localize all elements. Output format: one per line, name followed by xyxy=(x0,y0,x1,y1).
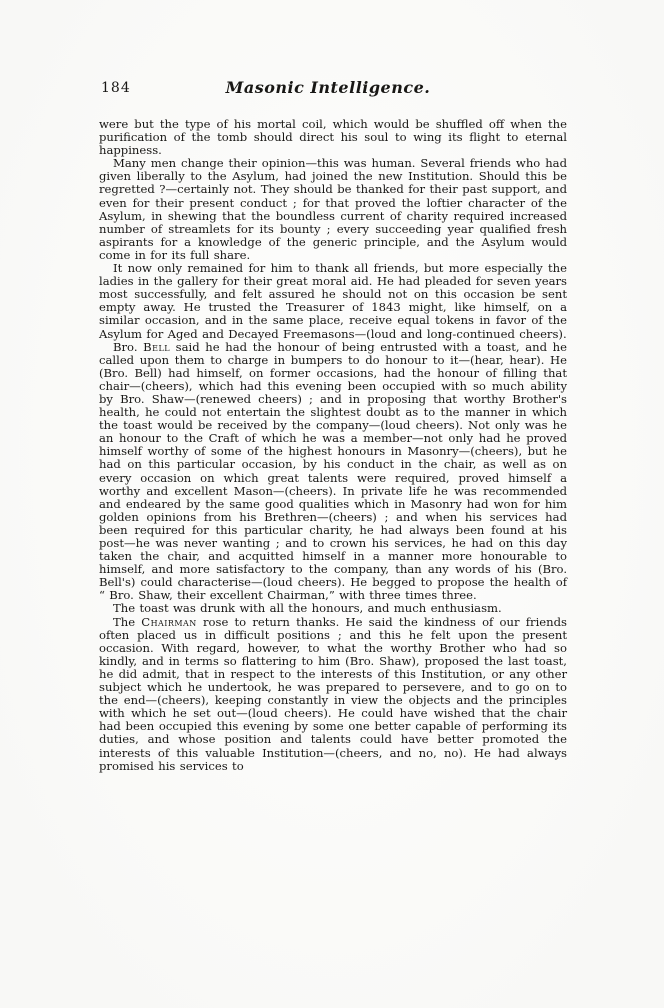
running-head: 184 Masonic Intelligence. xyxy=(99,78,567,102)
paragraph-text: It now only remained for him to thank al… xyxy=(99,261,567,340)
paragraph: were but the type of his mortal coil, wh… xyxy=(99,118,567,157)
paragraph: Many men change their opinion—this was h… xyxy=(99,157,567,262)
paragraph-text: The xyxy=(113,615,141,629)
running-title: Masonic Intelligence. xyxy=(99,78,557,97)
text-block: 184 Masonic Intelligence. were but the t… xyxy=(99,78,567,773)
small-caps-name: Bell xyxy=(143,340,170,354)
paragraph-text: Bro. xyxy=(113,340,143,354)
paragraph: The Chairman rose to return thanks. He s… xyxy=(99,616,567,773)
scanned-book-page: 184 Masonic Intelligence. were but the t… xyxy=(0,0,664,1008)
paragraph-text: rose to return thanks. He said the kindn… xyxy=(99,615,567,773)
paragraph-text: were but the type of his mortal coil, wh… xyxy=(99,117,567,157)
paragraph-text: said he had the honour of being entruste… xyxy=(99,340,567,603)
paragraph-text: Many men change their opinion—this was h… xyxy=(99,156,567,262)
paragraphs: were but the type of his mortal coil, wh… xyxy=(99,118,567,773)
small-caps-name: Chairman xyxy=(141,615,197,629)
paragraph: It now only remained for him to thank al… xyxy=(99,262,567,341)
paragraph-text: The toast was drunk with all the honours… xyxy=(113,601,502,615)
paragraph: Bro. Bell said he had the honour of bein… xyxy=(99,341,567,603)
